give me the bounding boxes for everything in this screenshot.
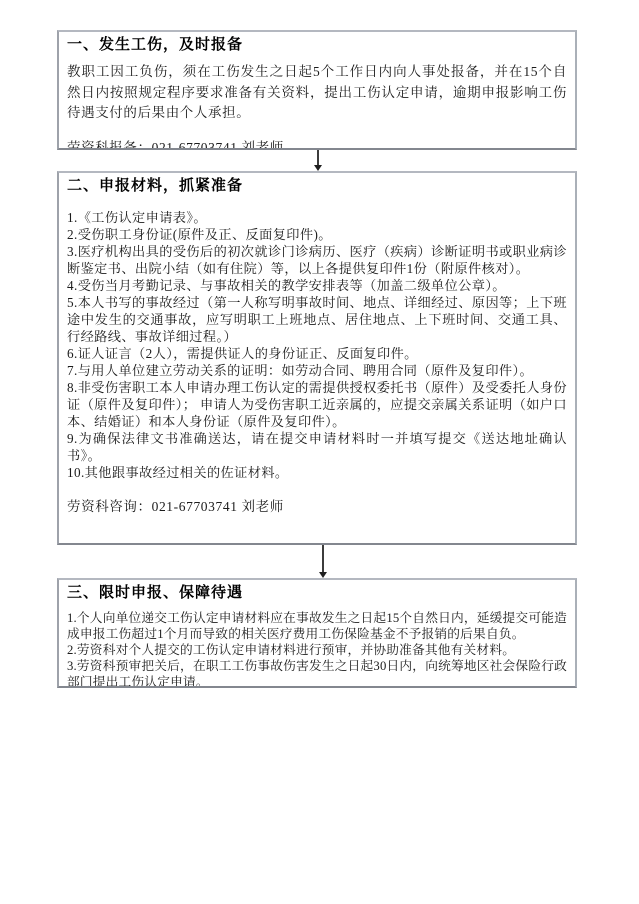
section-deadline-title: 三、限时申报、保障待遇 bbox=[67, 583, 567, 603]
section-materials-box: 二、申报材料，抓紧准备 1.《工伤认定申请表》。 2.受伤职工身份证(原件及正、… bbox=[57, 171, 577, 545]
section-deadline-box: 三、限时申报、保障待遇 1.个人向单位递交工伤认定申请材料应在事故发生之日起15… bbox=[57, 578, 577, 688]
section-materials-list: 1.《工伤认定申请表》。 2.受伤职工身份证(原件及正、反面复印件)。 3.医疗… bbox=[67, 209, 567, 481]
arrow-line bbox=[317, 150, 319, 165]
arrow-down-icon bbox=[313, 150, 323, 171]
materials-item-3: 3.医疗机构出具的受伤后的初次就诊门诊病历、医疗（疾病）诊断证明书或职业病诊断鉴… bbox=[67, 243, 567, 277]
deadline-item-1: 1.个人向单位递交工伤认定申请材料应在事故发生之日起15个自然日内，延缓提交可能… bbox=[67, 610, 567, 642]
materials-item-2: 2.受伤职工身份证(原件及正、反面复印件)。 bbox=[67, 226, 567, 243]
materials-item-7: 7.与用人单位建立劳动关系的证明：如劳动合同、聘用合同（原件及复印件）。 bbox=[67, 362, 567, 379]
section-report-contact: 劳资科报备：021-67703741 刘老师 bbox=[67, 136, 567, 151]
document-page: 一、发生工伤，及时报备 教职工因工负伤，须在工伤发生之日起5个工作日内向人事处报… bbox=[0, 0, 639, 904]
section-deadline-list: 1.个人向单位递交工伤认定申请材料应在事故发生之日起15个自然日内，延缓提交可能… bbox=[67, 610, 567, 688]
materials-item-4: 4.受伤当月考勤记录、与事故相关的教学安排表等（加盖二级单位公章）。 bbox=[67, 277, 567, 294]
section-report-body: 教职工因工负伤，须在工伤发生之日起5个工作日内向人事处报备，并在15个自然日内按… bbox=[67, 62, 567, 124]
section-report-title: 一、发生工伤，及时报备 bbox=[67, 35, 567, 55]
materials-item-6: 6.证人证言（2人），需提供证人的身份证正、反面复印件。 bbox=[67, 345, 567, 362]
arrow-down-icon bbox=[318, 545, 328, 578]
section-materials-title: 二、申报材料，抓紧准备 bbox=[67, 176, 567, 196]
arrow-line bbox=[322, 545, 324, 572]
materials-item-1: 1.《工伤认定申请表》。 bbox=[67, 209, 567, 226]
deadline-item-3: 3.劳资科预审把关后，在职工工伤事故伤害发生之日起30日内，向统筹地区社会保险行… bbox=[67, 658, 567, 688]
section-report-injury-box: 一、发生工伤，及时报备 教职工因工负伤，须在工伤发生之日起5个工作日内向人事处报… bbox=[57, 30, 577, 150]
deadline-item-2: 2.劳资科对个人提交的工伤认定申请材料进行预审，并协助准备其他有关材料。 bbox=[67, 642, 567, 658]
materials-item-9: 9.为确保法律文书准确送达，请在提交申请材料时一并填写提交《送达地址确认书》。 bbox=[67, 430, 567, 464]
section-materials-contact: 劳资科咨询：021-67703741 刘老师 bbox=[67, 495, 567, 515]
materials-item-10: 10.其他跟事故经过相关的佐证材料。 bbox=[67, 464, 567, 481]
materials-item-5: 5.本人书写的事故经过（第一人称写明事故时间、地点、详细经过、原因等；上下班途中… bbox=[67, 294, 567, 345]
materials-item-8: 8.非受伤害职工本人申请办理工伤认定的需提供授权委托书（原件）及受委托人身份证（… bbox=[67, 379, 567, 430]
